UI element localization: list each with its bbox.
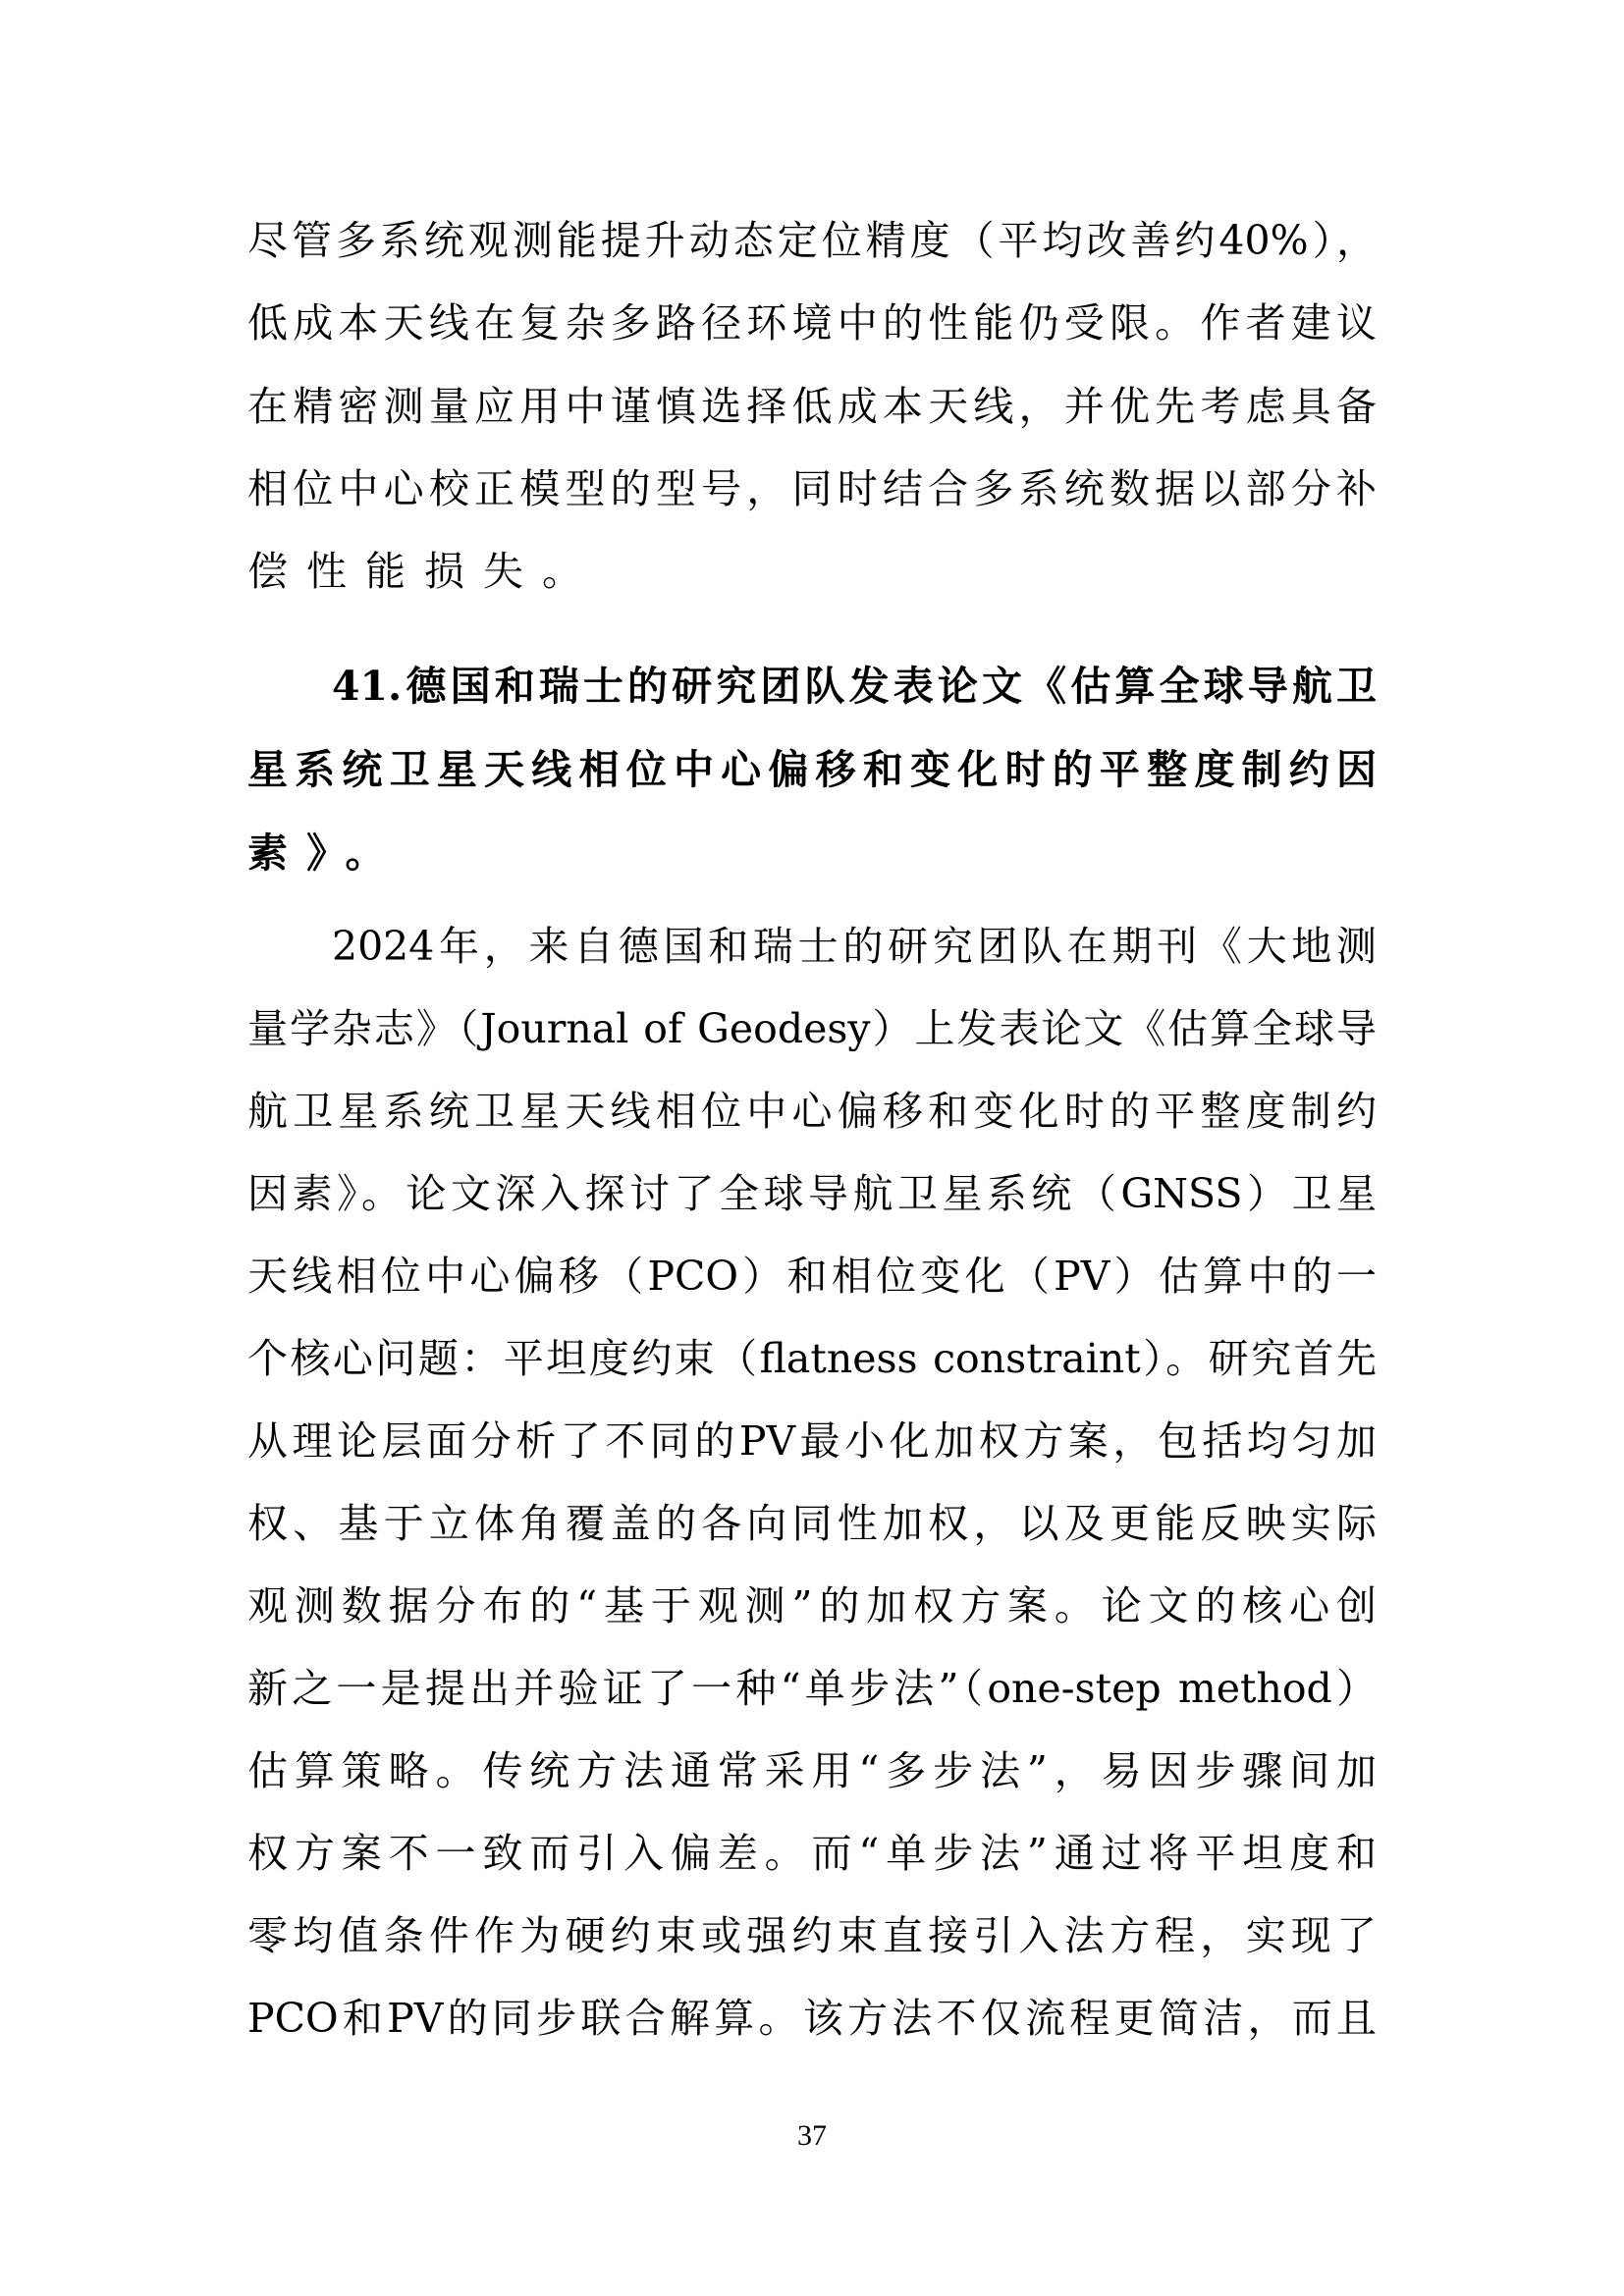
text-line: 权方案不一致而引入偏差。而“单步法”通过将平坦度和 (247, 1824, 1377, 1883)
text-line: 从理论层面分析了不同的PV最小化加权方案，包括均匀加 (247, 1412, 1377, 1470)
text-line: 在精密测量应用中谨慎选择低成本天线，并优先考虑具备 (247, 377, 1377, 436)
text-line: 观测数据分布的“基于观测”的加权方案。论文的核心创 (247, 1576, 1377, 1635)
text-line: 权、基于立体角覆盖的各向同性加权，以及更能反映实际 (247, 1494, 1377, 1553)
text-line: 新之一是提出并验证了一种“单步法”（one-step method） (247, 1659, 1377, 1718)
text-line: 个核心问题：平坦度约束（flatness constraint）。研究首先 (247, 1329, 1377, 1388)
text-line: 量学杂志》（Journal of Geodesy）上发表论文《估算全球导 (247, 999, 1377, 1058)
text-line: 估算策略。传统方法通常采用“多步法”，易因步骤间加 (247, 1741, 1377, 1800)
page-number: 37 (0, 2118, 1624, 2154)
heading-line: 41.德国和瑞士的研究团队发表论文《估算全球导航卫 (332, 657, 1377, 716)
heading-line: 星系统卫星天线相位中心偏移和变化时的平整度制约因 (247, 740, 1377, 799)
text-line: PCO和PV的同步联合解算。该方法不仅流程更简洁，而且 (247, 1989, 1377, 2048)
text-line: 低成本天线在复杂多路径环境中的性能仍受限。作者建议 (247, 294, 1377, 352)
text-line: 因素》。论文深入探讨了全球导航卫星系统（GNSS）卫星 (247, 1164, 1377, 1223)
text-line: 相位中心校正模型的型号，同时结合多系统数据以部分补 (247, 459, 1377, 518)
text-line: 零均值条件作为硬约束或强约束直接引入法方程，实现了 (247, 1906, 1377, 1965)
heading-line: 素》。 (247, 824, 1377, 882)
text-line: 天线相位中心偏移（PCO）和相位变化（PV）估算中的一 (247, 1247, 1377, 1306)
text-line: 尽管多系统观测能提升动态定位精度（平均改善约40%）， (247, 211, 1377, 270)
text-line: 航卫星系统卫星天线相位中心偏移和变化时的平整度制约 (247, 1082, 1377, 1141)
document-page: 尽管多系统观测能提升动态定位精度（平均改善约40%）， 低成本天线在复杂多路径环… (0, 0, 1624, 2296)
text-line: 偿性能损失。 (247, 542, 1377, 601)
text-line: 2024年，来自德国和瑞士的研究团队在期刊《大地测 (332, 917, 1377, 976)
